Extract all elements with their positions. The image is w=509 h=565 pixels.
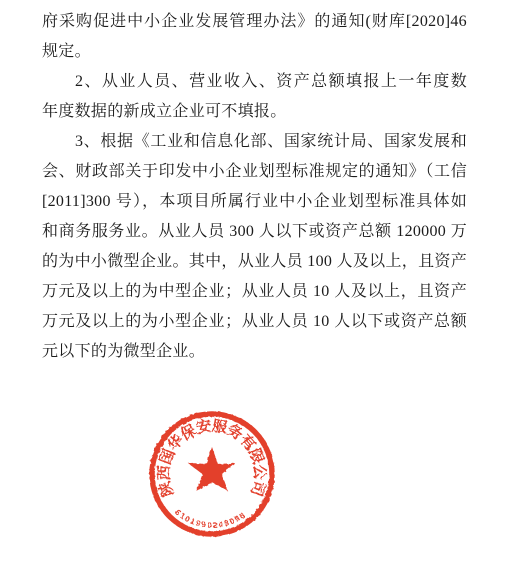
text-body: 府采购促进中小企业发展管理办法》的通知(财库[2020]46 号)相关规定。2、…	[42, 7, 467, 367]
text-line: 万元及以上的为中型企业；从业人员 10 人及以上，且资产总额 100	[42, 277, 467, 307]
ink-speck	[253, 442, 255, 444]
seal-star-icon	[188, 447, 236, 491]
text-line: 年度数据的新成立企业可不填报。	[42, 97, 467, 127]
document-page: 府采购促进中小企业发展管理办法》的通知(财库[2020]46 号)相关规定。2、…	[0, 0, 509, 565]
text-line: 元以下的为微型企业。	[42, 337, 467, 367]
text-line: 会、财政部关于印发中小企业划型标准规定的通知》（工信部联企业	[42, 157, 467, 187]
text-line: 2、从业人员、营业收入、资产总额填报上一年度数据，无上一	[42, 67, 467, 97]
ink-speck	[246, 447, 249, 450]
text-line: 万元及以上的为小型企业；从业人员 10 人以下或资产总额 100 万	[42, 307, 467, 337]
text-line: 府采购促进中小企业发展管理办法》的通知(财库[2020]46 号)相关	[42, 7, 467, 37]
text-line: 3、根据《工业和信息化部、国家统计局、国家发展和改革委员	[42, 127, 467, 157]
text-line: 和商务服务业。从业人员 300 人以下或资产总额 120000 万元以下	[42, 217, 467, 247]
text-line: 的为中小微型企业。其中，从业人员 100 人及以上，且资产总额 8000	[42, 247, 467, 277]
text-line: 规定。	[42, 37, 467, 67]
company-seal: 陕西国华保安服务有限公司 6101990208098	[140, 400, 290, 560]
text-line: [2011]300 号），本项目所属行业中小企业划型标准具体如下：租赁	[42, 187, 467, 217]
